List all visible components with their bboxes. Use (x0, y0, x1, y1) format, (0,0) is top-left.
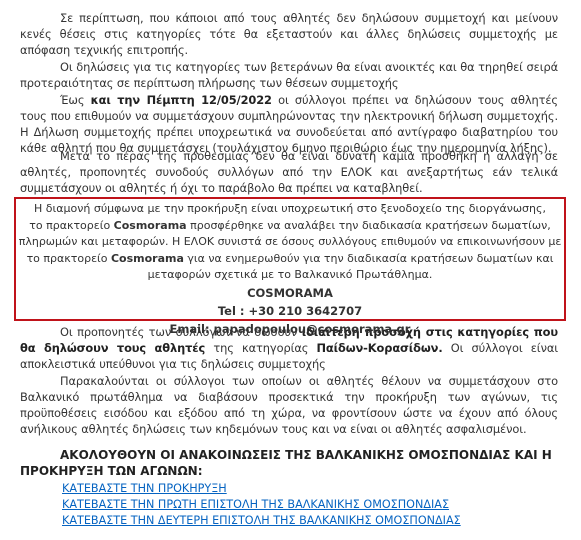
download-first-letter-link[interactable]: ΚΑΤΕΒΑΣΤΕ ΤΗΝ ΠΡΩΤΗ ΕΠΙΣΤΟΛΗ ΤΗΣ ΒΑΛΚΑΝΙ… (62, 497, 461, 513)
contact-email: Email: papadopoulou@cosmorama.gr (16, 320, 564, 338)
download-links: ΚΑΤΕΒΑΣΤΕ ΤΗΝ ΠΡΟΚΗΡΥΞΗ ΚΑΤΕΒΑΣΤΕ ΤΗΝ ΠΡ… (62, 481, 461, 529)
agency-name: Cosmorama (111, 252, 184, 265)
paragraph-empty-slots: Σε περίπτωση, που κάποιοι από τους αθλητ… (20, 10, 558, 58)
notice-text: Η διαμονή σύμφωνα με την προκήρυξη είναι… (16, 201, 564, 338)
paragraph-requirements: Παρακαλούνται οι σύλλογοι των οποίων οι … (20, 373, 558, 437)
deadline-date: και την Πέμπτη 12/05/2022 (91, 93, 272, 107)
download-second-letter-link[interactable]: ΚΑΤΕΒΑΣΤΕ ΤΗΝ ΔΕΥΤΕΡΗ ΕΠΙΣΤΟΛΗ ΤΗΣ ΒΑΛΚΑ… (62, 513, 461, 529)
contact-tel: Tel : +30 210 3642707 (16, 302, 564, 320)
download-proclamation-link[interactable]: ΚΑΤΕΒΑΣΤΕ ΤΗΝ ΠΡΟΚΗΡΥΞΗ (62, 481, 461, 497)
paragraph-after-deadline: Μετά το πέρας της προθεσμίας δεν θα είνα… (20, 148, 558, 196)
announcements-heading: ΑΚΟΛΟΥΘΟΥΝ ΟΙ ΑΝΑΚΟΙΝΩΣΕΙΣ ΤΗΣ ΒΑΛΚΑΝΙΚΗ… (20, 447, 560, 479)
contact-name: COSMORAMA (16, 284, 564, 302)
accommodation-notice-box: Η διαμονή σύμφωνα με την προκήρυξη είναι… (14, 197, 566, 321)
paragraph-veterans: Οι δηλώσεις για τις κατηγορίες των βετερ… (20, 59, 558, 91)
paragraph-deadline: Έως και την Πέμπτη 12/05/2022 οι σύλλογο… (20, 92, 558, 156)
agency-name: Cosmorama (114, 219, 187, 232)
